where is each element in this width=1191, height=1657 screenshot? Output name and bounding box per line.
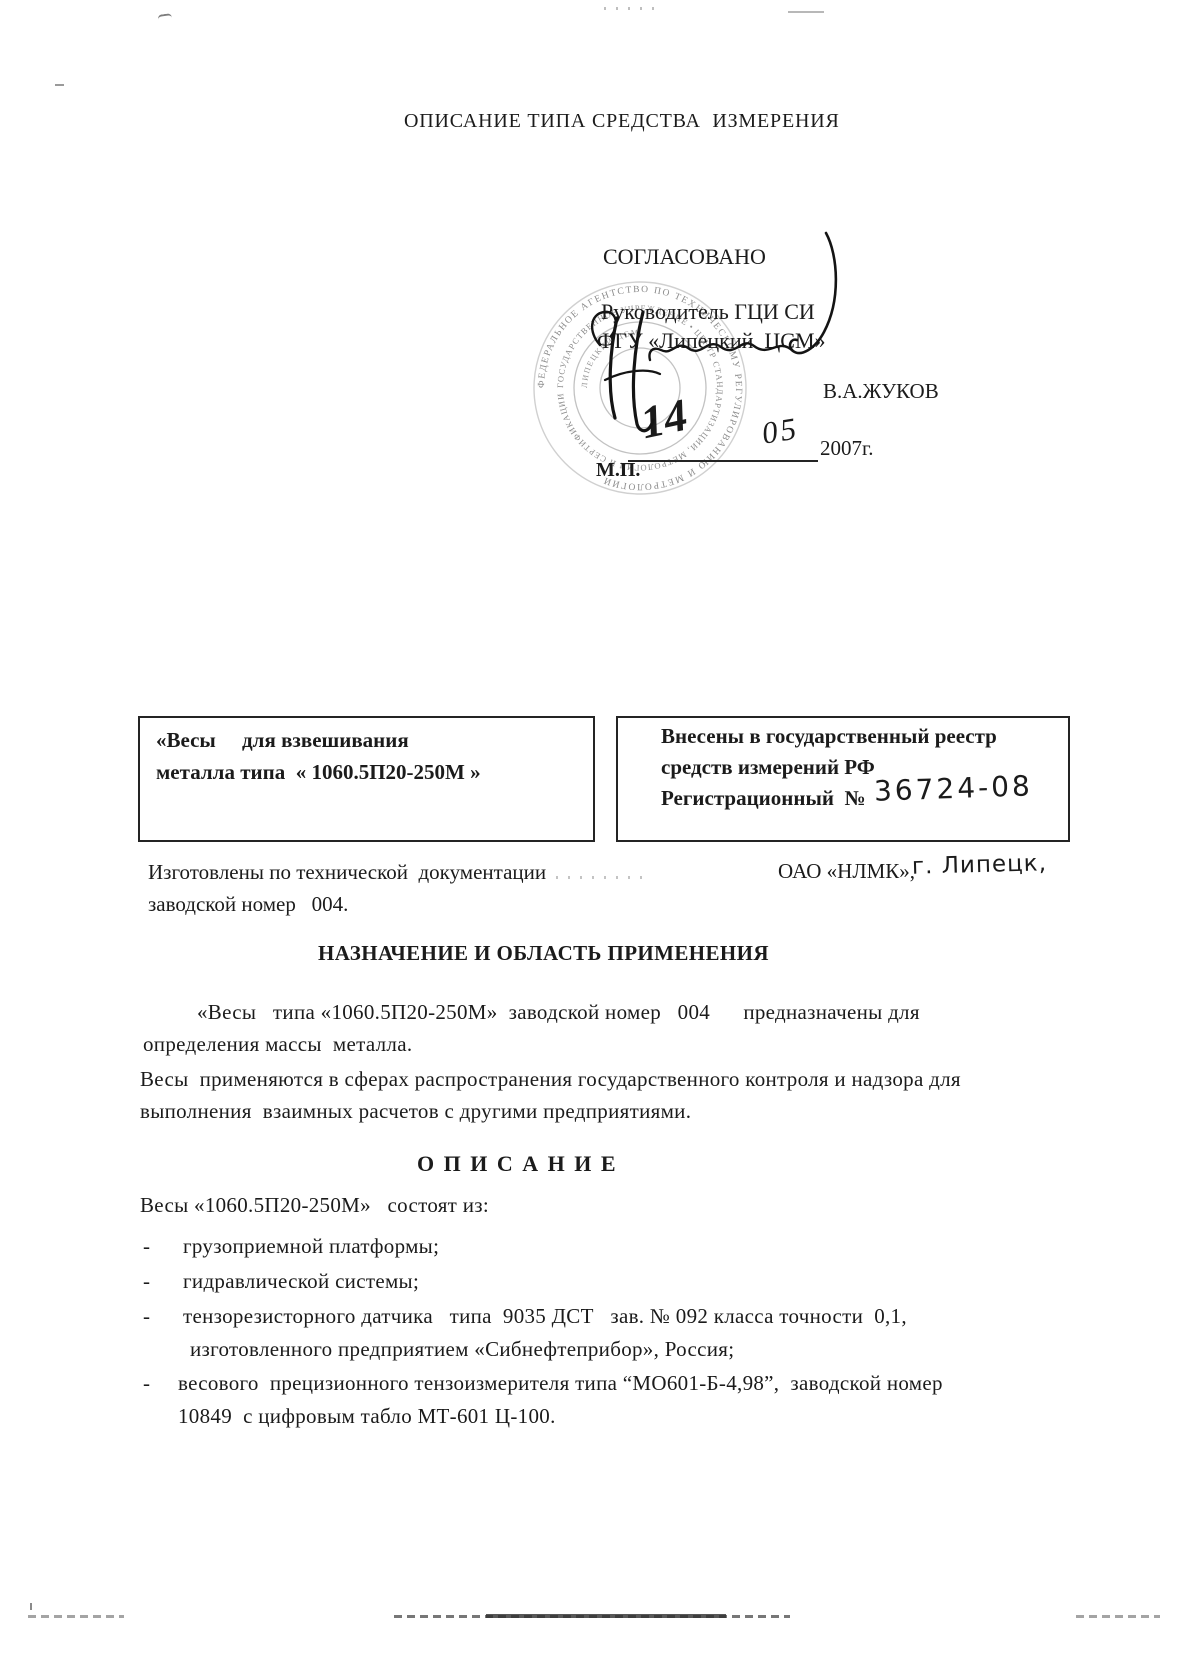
purpose-heading: НАЗНАЧЕНИЕ И ОБЛАСТЬ ПРИМЕНЕНИЯ: [318, 942, 769, 966]
bullet-item-3-line1: тензорезисторного датчика типа 9035 ДСТ …: [183, 1305, 907, 1329]
manufacture-company: ОАО «НЛМК»,: [778, 860, 915, 884]
manufacture-line1: Изготовлены по технической документации: [148, 861, 546, 885]
bullet-item-3-line2: изготовленного предприятием «Сибнефтепри…: [190, 1338, 734, 1362]
signature-stroke: [790, 233, 836, 353]
scan-artifact: [486, 1614, 726, 1618]
scan-artifact: [157, 13, 172, 24]
manufacture-city-handwritten: г. Липецк,: [912, 851, 1048, 880]
description-heading: О П И С А Н И Е: [417, 1152, 618, 1177]
signature-stroke: [649, 343, 793, 360]
purpose-para2-line2: выполнения взаимных расчетов с другими п…: [140, 1100, 691, 1124]
bullet-marker: -: [143, 1372, 150, 1396]
registry-box-line2: средств измерений РФ: [661, 756, 875, 780]
manufacture-line2: заводской номер 004.: [148, 893, 348, 917]
document-page: ОПИСАНИЕ ТИПА СРЕДСТВА ИЗМЕРЕНИЯ СОГЛАСО…: [0, 0, 1191, 1657]
scan-artifact: [556, 876, 651, 879]
signature: [540, 215, 860, 495]
bullet-item-2: гидравлической системы;: [183, 1270, 419, 1294]
device-box-line1: «Весы для взвешивания: [156, 729, 409, 753]
registry-number-label: Регистрационный №: [661, 787, 866, 811]
scan-artifact: [55, 84, 64, 86]
description-intro: Весы «1060.5П20-250М» состоят из:: [140, 1194, 489, 1218]
scan-artifact: [28, 1615, 124, 1618]
purpose-para1-line1: «Весы типа «1060.5П20-250М» заводской но…: [197, 1001, 920, 1025]
registry-number-handwritten: 36724-08: [874, 770, 1034, 807]
bullet-item-4-line1: весового прецизионного тензоизмерителя т…: [178, 1372, 943, 1396]
scan-artifact: [30, 1603, 32, 1610]
device-box-line2: металла типа « 1060.5П20-250М »: [156, 761, 481, 785]
bullet-marker: -: [143, 1305, 150, 1329]
purpose-para1-line2: определения массы металла.: [143, 1033, 412, 1057]
page-title: ОПИСАНИЕ ТИПА СРЕДСТВА ИЗМЕРЕНИЯ: [404, 110, 840, 132]
bullet-item-1: грузоприемной платформы;: [183, 1235, 439, 1259]
scan-artifact: [788, 11, 824, 13]
scan-artifact: [604, 7, 664, 10]
scan-artifact: [1076, 1615, 1160, 1618]
bullet-item-4-line2: 10849 с цифровым табло МТ-601 Ц-100.: [178, 1405, 556, 1429]
bullet-marker: -: [143, 1270, 150, 1294]
registry-box-line1: Внесены в государственный реестр: [661, 725, 997, 749]
purpose-para2-line1: Весы применяются в сферах распространени…: [140, 1068, 961, 1092]
bullet-marker: -: [143, 1235, 150, 1259]
